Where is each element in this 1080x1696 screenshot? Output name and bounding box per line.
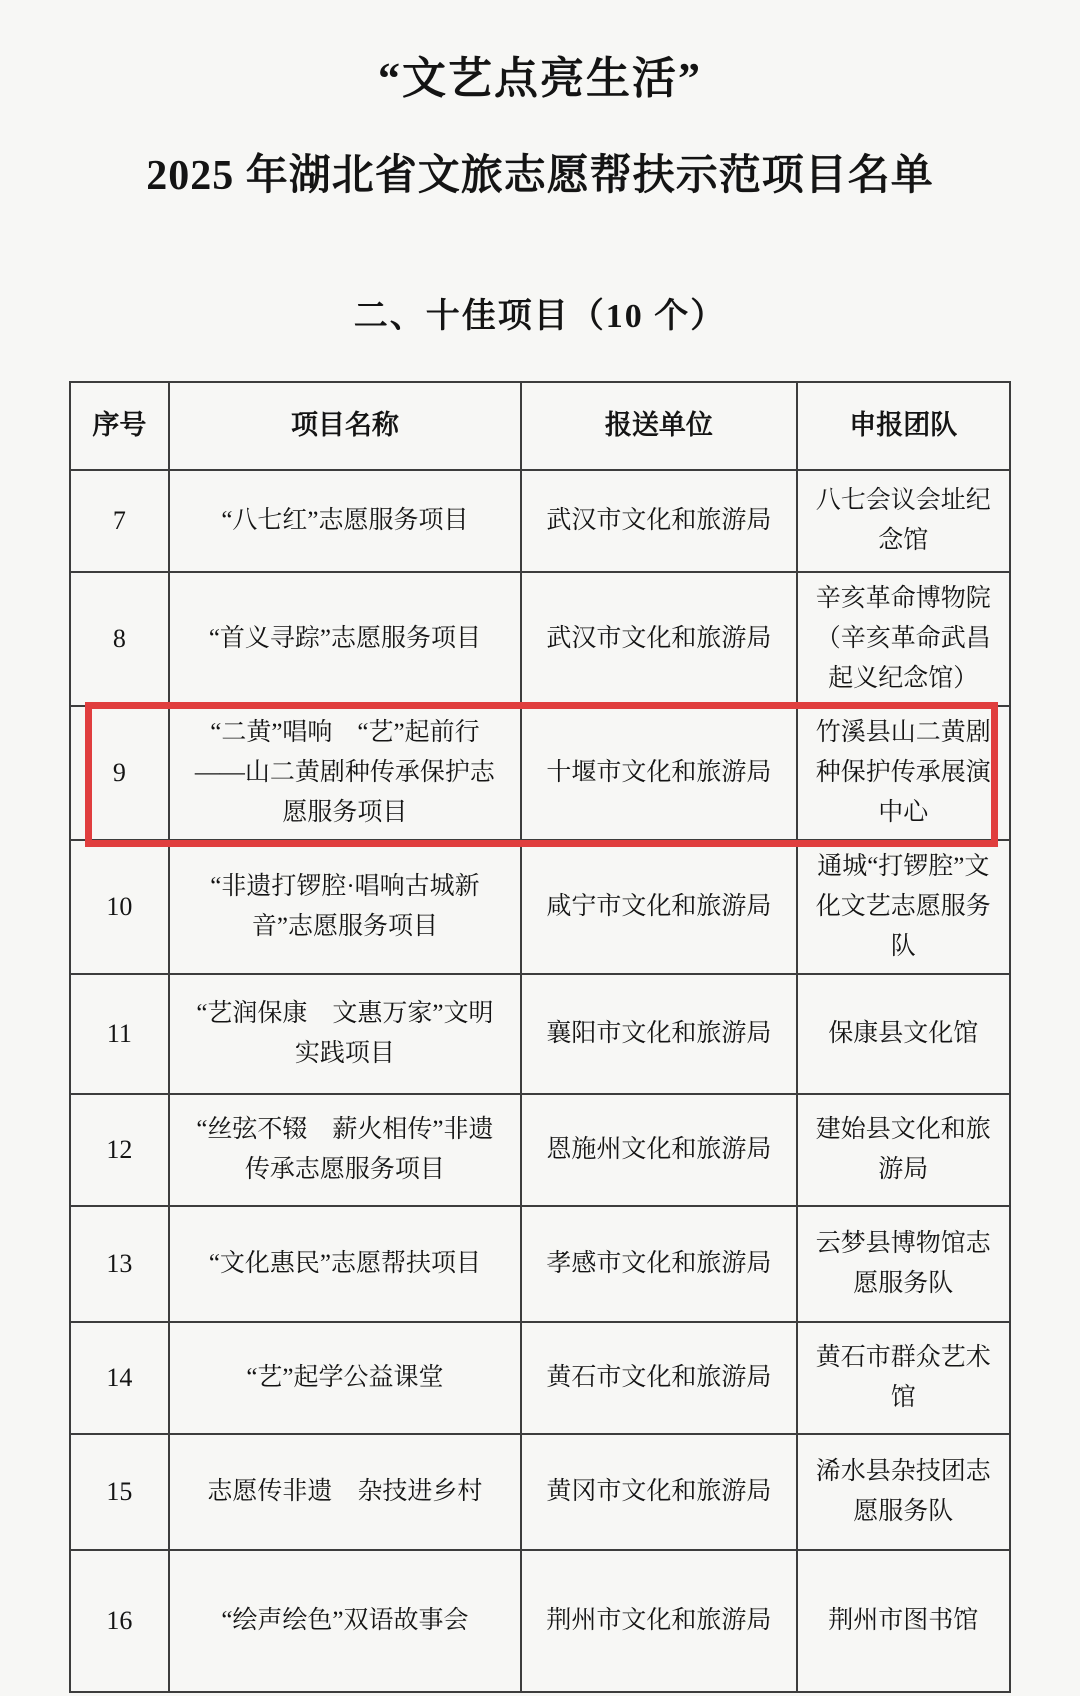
- col-header-project-name: 项目名称: [169, 382, 522, 470]
- row-index-cell: 11: [70, 974, 169, 1094]
- page-subtitle: 2025 年湖北省文旅志愿帮扶示范项目名单: [0, 142, 1080, 202]
- row-index-cell: 8: [70, 572, 169, 706]
- project-name-cell: “丝弦不辍 薪火相传”非遗 传承志愿服务项目: [169, 1094, 522, 1206]
- project-name-cell: “绘声绘色”双语故事会: [169, 1550, 522, 1692]
- col-header-applicant-team: 申报团队: [797, 382, 1010, 470]
- applicant-team-cell: 建始县文化和旅 游局: [797, 1094, 1010, 1206]
- applicant-team-cell: 保康县文化馆: [797, 974, 1010, 1094]
- submitting-unit-cell: 黄石市文化和旅游局: [521, 1322, 796, 1434]
- project-name-cell: “首义寻踪”志愿服务项目: [169, 572, 522, 706]
- submitting-unit-cell: 孝感市文化和旅游局: [521, 1206, 796, 1322]
- row-index-cell: 7: [70, 470, 169, 572]
- row-index-cell: 15: [70, 1434, 169, 1550]
- projects-table: 序号 项目名称 报送单位 申报团队 7“八七红”志愿服务项目武汉市文化和旅游局八…: [69, 381, 1011, 1693]
- document-page: “文艺点亮生活” 2025 年湖北省文旅志愿帮扶示范项目名单 二、十佳项目（10…: [0, 0, 1080, 1693]
- submitting-unit-cell: 十堰市文化和旅游局: [521, 706, 796, 840]
- table-row: 14“艺”起学公益课堂黄石市文化和旅游局黄石市群众艺术 馆: [70, 1322, 1010, 1434]
- applicant-team-cell: 辛亥革命博物院 （辛亥革命武昌 起义纪念馆）: [797, 572, 1010, 706]
- submitting-unit-cell: 黄冈市文化和旅游局: [521, 1434, 796, 1550]
- project-name-cell: “非遗打锣腔·唱响古城新 音”志愿服务项目: [169, 840, 522, 974]
- table-row: 7“八七红”志愿服务项目武汉市文化和旅游局八七会议会址纪 念馆: [70, 470, 1010, 572]
- table-row: 12“丝弦不辍 薪火相传”非遗 传承志愿服务项目恩施州文化和旅游局建始县文化和旅…: [70, 1094, 1010, 1206]
- project-name-cell: “二黄”唱响 “艺”起前行 ——山二黄剧种传承保护志 愿服务项目: [169, 706, 522, 840]
- row-index-cell: 14: [70, 1322, 169, 1434]
- table-row: 10“非遗打锣腔·唱响古城新 音”志愿服务项目咸宁市文化和旅游局通城“打锣腔”文…: [70, 840, 1010, 974]
- project-name-cell: “艺润保康 文惠万家”文明 实践项目: [169, 974, 522, 1094]
- project-name-cell: “艺”起学公益课堂: [169, 1322, 522, 1434]
- row-index-cell: 9: [70, 706, 169, 840]
- project-name-cell: “八七红”志愿服务项目: [169, 470, 522, 572]
- row-index-cell: 16: [70, 1550, 169, 1692]
- submitting-unit-cell: 襄阳市文化和旅游局: [521, 974, 796, 1094]
- applicant-team-cell: 八七会议会址纪 念馆: [797, 470, 1010, 572]
- col-header-submitting-unit: 报送单位: [521, 382, 796, 470]
- table-row: 13“文化惠民”志愿帮扶项目孝感市文化和旅游局云梦县博物馆志 愿服务队: [70, 1206, 1010, 1322]
- applicant-team-cell: 黄石市群众艺术 馆: [797, 1322, 1010, 1434]
- submitting-unit-cell: 荆州市文化和旅游局: [521, 1550, 796, 1692]
- table-row: 15志愿传非遗 杂技进乡村黄冈市文化和旅游局浠水县杂技团志 愿服务队: [70, 1434, 1010, 1550]
- col-header-index: 序号: [70, 382, 169, 470]
- applicant-team-cell: 浠水县杂技团志 愿服务队: [797, 1434, 1010, 1550]
- submitting-unit-cell: 恩施州文化和旅游局: [521, 1094, 796, 1206]
- applicant-team-cell: 荆州市图书馆: [797, 1550, 1010, 1692]
- row-index-cell: 13: [70, 1206, 169, 1322]
- header-row: 序号 项目名称 报送单位 申报团队: [70, 382, 1010, 470]
- project-name-cell: 志愿传非遗 杂技进乡村: [169, 1434, 522, 1550]
- page-title: “文艺点亮生活”: [0, 42, 1080, 106]
- applicant-team-cell: 通城“打锣腔”文 化文艺志愿服务 队: [797, 840, 1010, 974]
- submitting-unit-cell: 咸宁市文化和旅游局: [521, 840, 796, 974]
- row-index-cell: 10: [70, 840, 169, 974]
- table-row: 8“首义寻踪”志愿服务项目武汉市文化和旅游局辛亥革命博物院 （辛亥革命武昌 起义…: [70, 572, 1010, 706]
- section-heading: 二、十佳项目（10 个）: [0, 288, 1080, 337]
- submitting-unit-cell: 武汉市文化和旅游局: [521, 572, 796, 706]
- table-row: 11“艺润保康 文惠万家”文明 实践项目襄阳市文化和旅游局保康县文化馆: [70, 974, 1010, 1094]
- row-index-cell: 12: [70, 1094, 169, 1206]
- submitting-unit-cell: 武汉市文化和旅游局: [521, 470, 796, 572]
- applicant-team-cell: 云梦县博物馆志 愿服务队: [797, 1206, 1010, 1322]
- table-body: 7“八七红”志愿服务项目武汉市文化和旅游局八七会议会址纪 念馆8“首义寻踪”志愿…: [70, 470, 1010, 1692]
- applicant-team-cell: 竹溪县山二黄剧 种保护传承展演 中心: [797, 706, 1010, 840]
- table-header: 序号 项目名称 报送单位 申报团队: [70, 382, 1010, 470]
- table-row: 9“二黄”唱响 “艺”起前行 ——山二黄剧种传承保护志 愿服务项目十堰市文化和旅…: [70, 706, 1010, 840]
- project-name-cell: “文化惠民”志愿帮扶项目: [169, 1206, 522, 1322]
- projects-table-wrap: 序号 项目名称 报送单位 申报团队 7“八七红”志愿服务项目武汉市文化和旅游局八…: [69, 381, 1011, 1693]
- table-row: 16“绘声绘色”双语故事会荆州市文化和旅游局荆州市图书馆: [70, 1550, 1010, 1692]
